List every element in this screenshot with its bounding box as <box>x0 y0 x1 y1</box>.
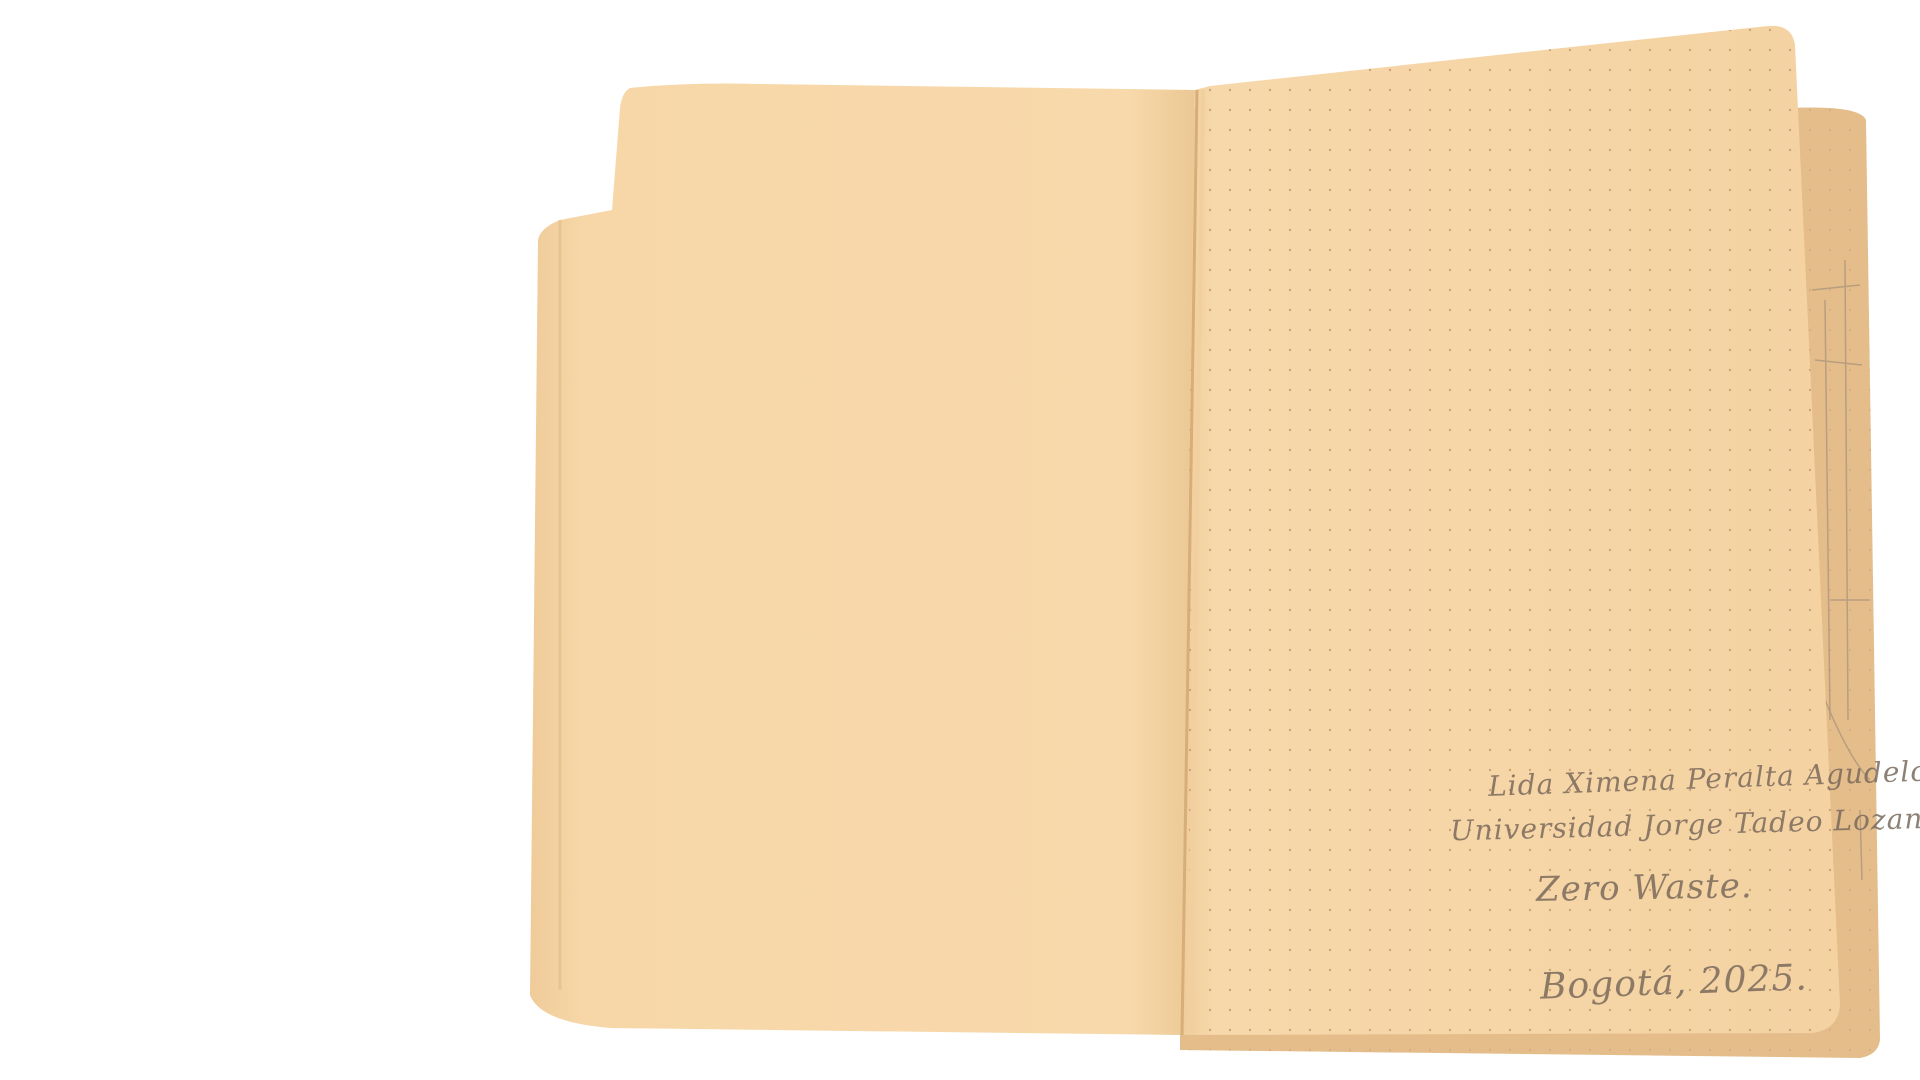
left-page <box>530 84 1195 1036</box>
notebook-photo: Lida Ximena Peralta Agudelo. Universidad… <box>0 0 1920 1080</box>
notebook-illustration <box>0 0 1920 1080</box>
handwritten-title: Zero Waste. <box>1536 866 1753 910</box>
